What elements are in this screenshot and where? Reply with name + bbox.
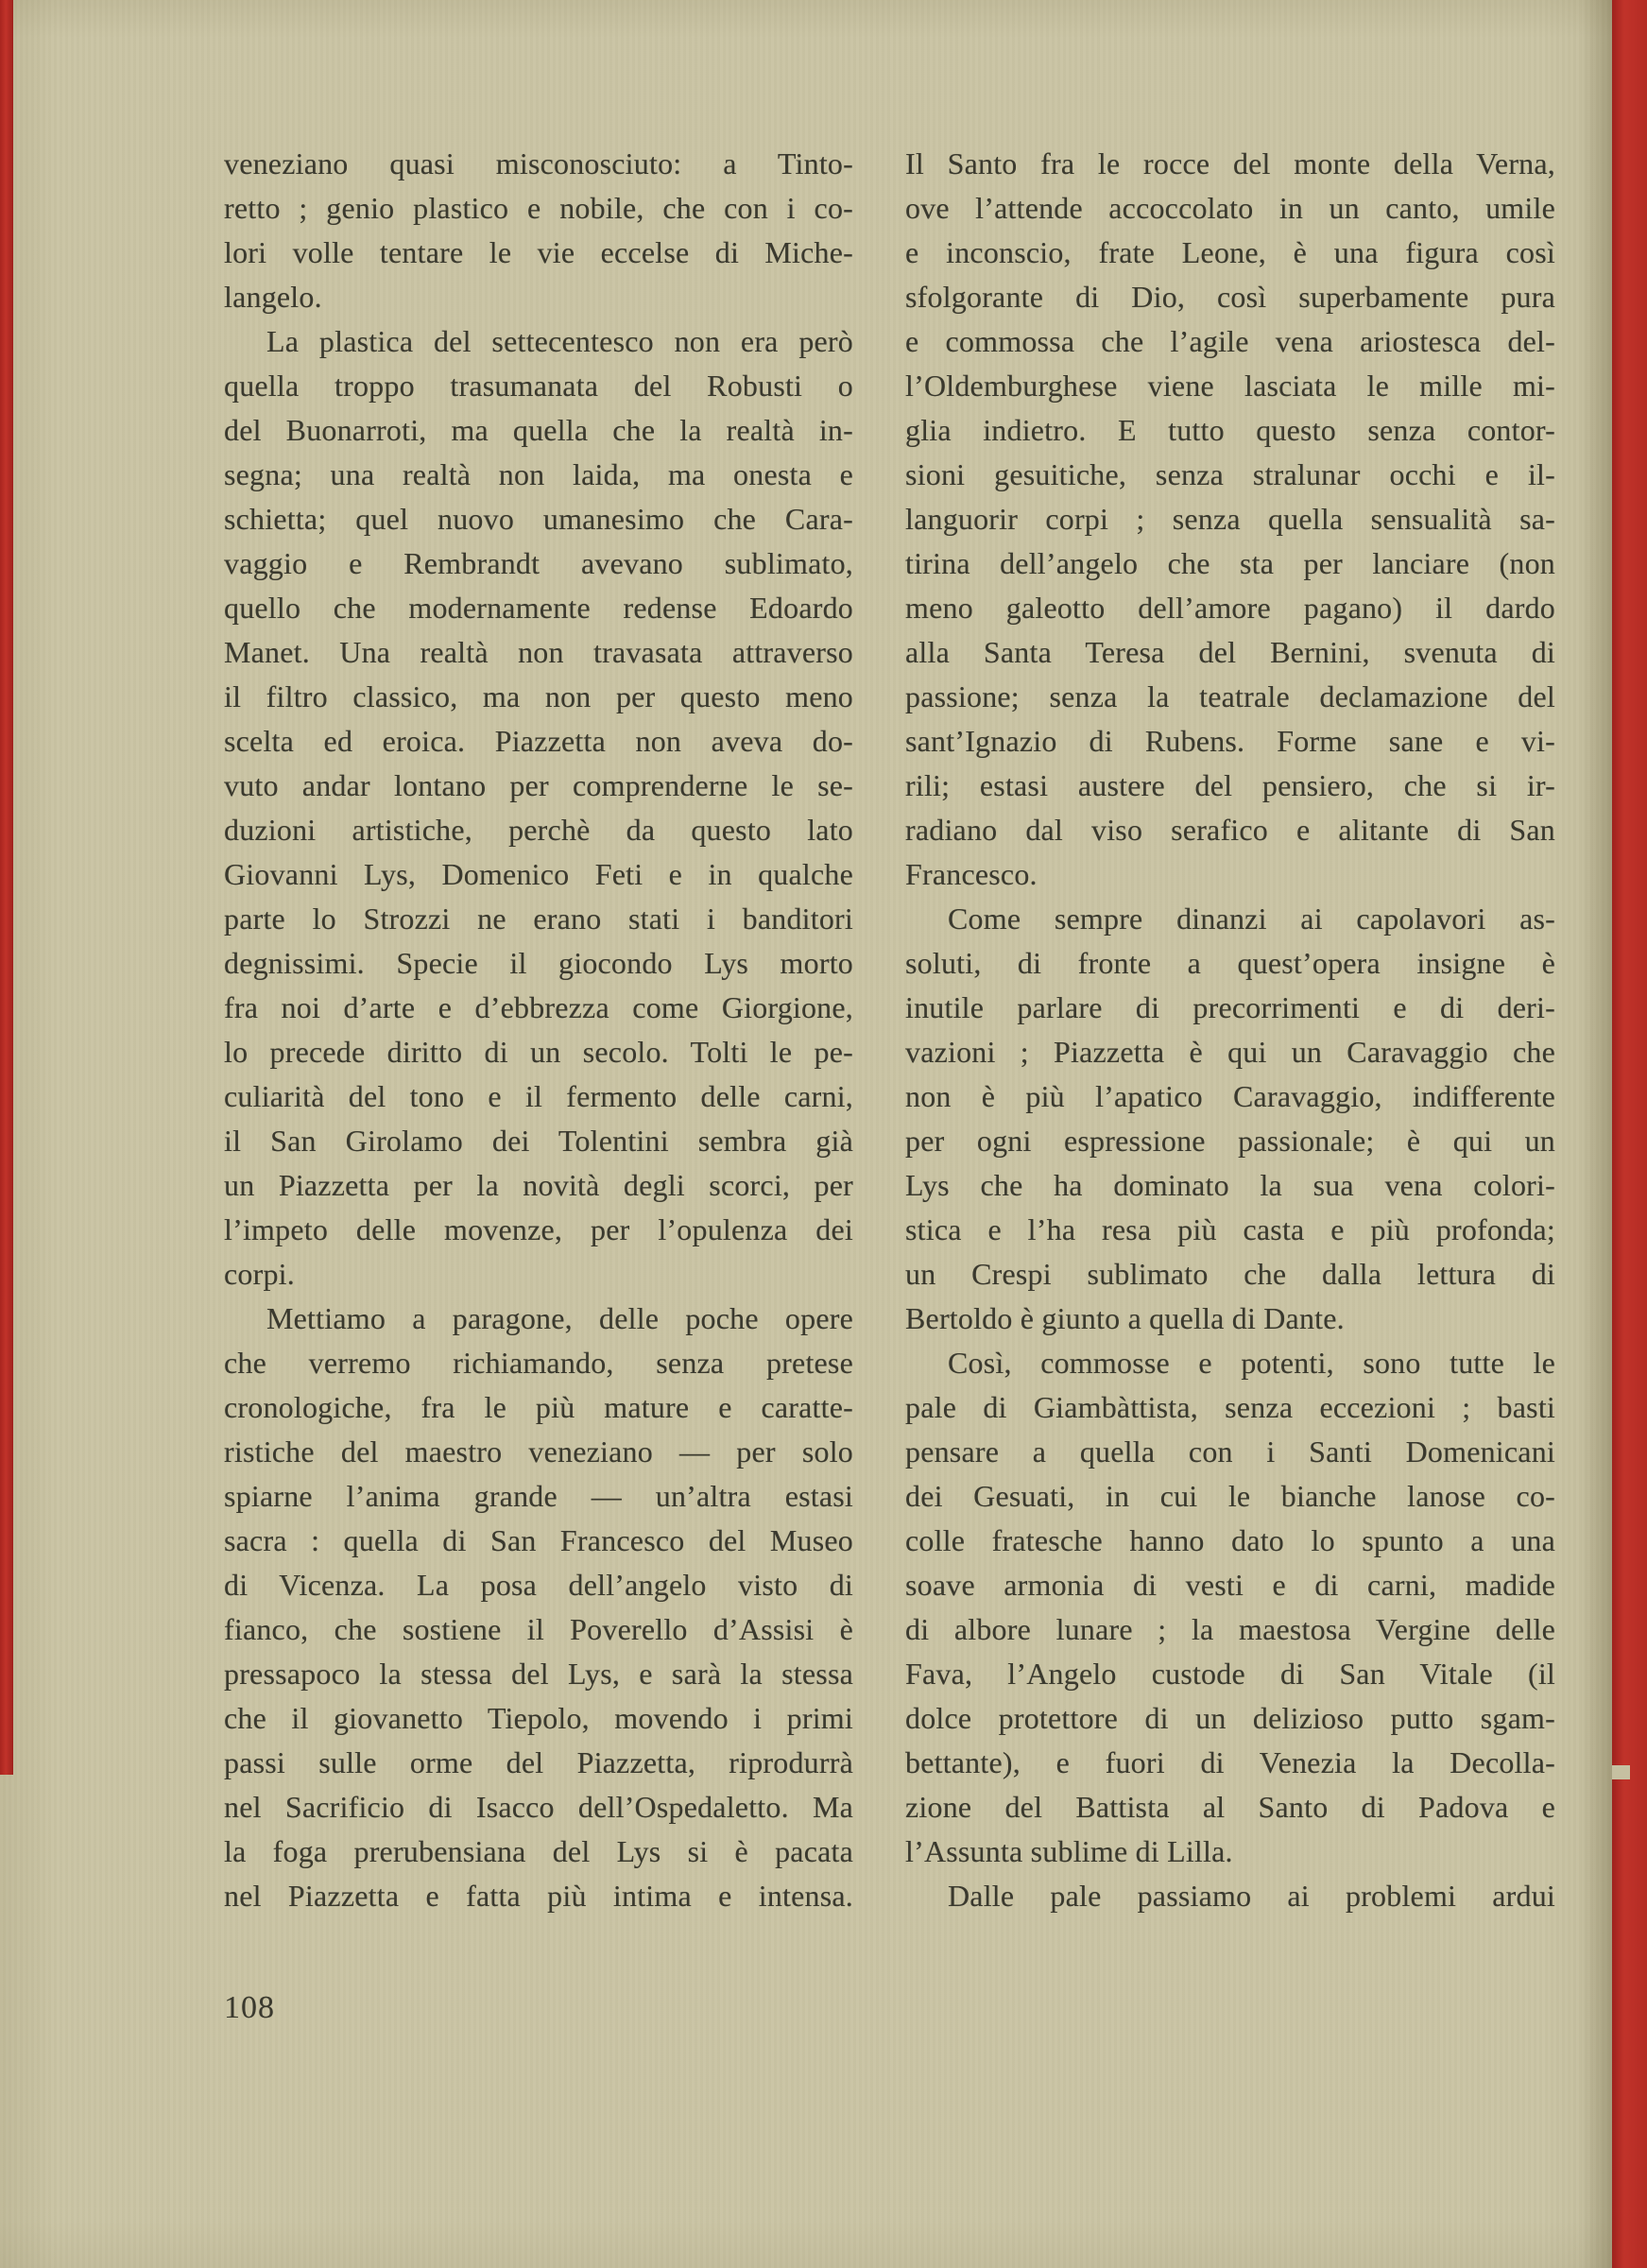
text-line: languorir corpi ; senza quella sensualit… [905, 497, 1555, 541]
text-line: nel Sacrificio di Isacco dell’Ospedalett… [224, 1785, 853, 1830]
text-line: langelo. [224, 275, 853, 319]
text-line: Mettiamo a paragone, delle poche opere [224, 1297, 853, 1341]
text-line: alla Santa Teresa del Bernini, svenuta d… [905, 630, 1555, 675]
text-line: cronologiche, fra le più mature e caratt… [224, 1385, 853, 1430]
text-line: vuto andar lontano per comprenderne le s… [224, 764, 853, 808]
text-line: la foga prerubensiana del Lys si è pacat… [224, 1830, 853, 1874]
text-line: di Vicenza. La posa dell’angelo visto di [224, 1563, 853, 1607]
text-line: il San Girolamo dei Tolentini sembra già [224, 1119, 853, 1163]
text-line: La plastica del settecentesco non era pe… [224, 319, 853, 364]
text-line: colle fratesche hanno dato lo spunto a u… [905, 1519, 1555, 1563]
text-line: culiarità del tono e il fermento delle c… [224, 1074, 853, 1119]
text-line: dei Gesuati, in cui le bianche lanose co… [905, 1474, 1555, 1519]
text-line: radiano dal viso serafico e alitante di … [905, 808, 1555, 852]
text-line: stica e l’ha resa più casta e più profon… [905, 1208, 1555, 1252]
text-line: dolce protettore di un delizioso putto s… [905, 1696, 1555, 1741]
text-line: vaggio e Rembrandt avevano sublimato, [224, 541, 853, 586]
text-line: l’impeto delle movenze, per l’opulenza d… [224, 1208, 853, 1252]
text-line: corpi. [224, 1252, 853, 1297]
text-line: pensare a quella con i Santi Domenicani [905, 1430, 1555, 1474]
text-line: segna; una realtà non laida, ma onesta e [224, 453, 853, 497]
text-line: retto ; genio plastico e nobile, che con… [224, 186, 853, 231]
text-line: glia indietro. E tutto questo senza cont… [905, 408, 1555, 453]
text-line: sacra : quella di San Francesco del Muse… [224, 1519, 853, 1563]
text-line: del Buonarroti, ma quella che la realtà … [224, 408, 853, 453]
text-line: scelta ed eroica. Piazzetta non aveva do… [224, 719, 853, 764]
text-line: non è più l’apatico Caravaggio, indiffer… [905, 1074, 1555, 1119]
text-line: meno galeotto dell’amore pagano) il dard… [905, 586, 1555, 630]
page-edge-shadow [1580, 0, 1612, 2268]
text-line: Bertoldo è giunto a quella di Dante. [905, 1297, 1555, 1341]
text-line: schietta; quel nuovo umanesimo che Cara- [224, 497, 853, 541]
text-line: Dalle pale passiamo ai problemi ardui [905, 1874, 1555, 1918]
text-line: passione; senza la teatrale declamazione… [905, 675, 1555, 719]
text-line: e inconscio, frate Leone, è una figura c… [905, 231, 1555, 275]
text-line: sioni gesuitiche, senza stralunar occhi … [905, 453, 1555, 497]
text-line: sant’Ignazio di Rubens. Forme sane e vi- [905, 719, 1555, 764]
text-line: un Piazzetta per la novità degli scorci,… [224, 1163, 853, 1208]
text-line: vazioni ; Piazzetta è qui un Caravaggio … [905, 1030, 1555, 1074]
text-line: ove l’attende accoccolato in un canto, u… [905, 186, 1555, 231]
text-line: l’Assunta sublime di Lilla. [905, 1830, 1555, 1874]
text-line: pressapoco la stessa del Lys, e sarà la … [224, 1652, 853, 1696]
text-line: Come sempre dinanzi ai capolavori as- [905, 897, 1555, 941]
text-line: fra noi d’arte e d’ebbrezza come Giorgio… [224, 986, 853, 1030]
red-binding-edge-right [1612, 0, 1647, 2268]
text-line: duzioni artistiche, perchè da questo lat… [224, 808, 853, 852]
text-line: l’Oldemburghese viene lasciata le mille … [905, 364, 1555, 408]
book-page: veneziano quasi misconosciuto: a Tinto-r… [0, 0, 1647, 2268]
text-line: il filtro classico, ma non per questo me… [224, 675, 853, 719]
text-line: che il giovanetto Tiepolo, movendo i pri… [224, 1696, 853, 1741]
text-line: spiarne l’anima grande — un’altra estasi [224, 1474, 853, 1519]
text-line: quello che modernamente redense Edoardo [224, 586, 853, 630]
text-line: Manet. Una realtà non travasata attraver… [224, 630, 853, 675]
text-line: lo precede diritto di un secolo. Tolti l… [224, 1030, 853, 1074]
text-line: zione del Battista al Santo di Padova e [905, 1785, 1555, 1830]
text-line: e commossa che l’agile vena ariostesca d… [905, 319, 1555, 364]
red-binding-edge-left [0, 0, 13, 1775]
text-line: parte lo Strozzi ne erano stati i bandit… [224, 897, 853, 941]
text-column-left: veneziano quasi misconosciuto: a Tinto-r… [224, 142, 853, 1918]
text-line: Il Santo fra le rocce del monte della Ve… [905, 142, 1555, 186]
text-line: un Crespi sublimato che dalla lettura di [905, 1252, 1555, 1297]
text-line: veneziano quasi misconosciuto: a Tinto- [224, 142, 853, 186]
text-line: Così, commosse e potenti, sono tutte le [905, 1341, 1555, 1385]
text-line: soluti, di fronte a quest’opera insigne … [905, 941, 1555, 986]
text-line: di albore lunare ; la maestosa Vergine d… [905, 1607, 1555, 1652]
red-edge-notch [1612, 1765, 1630, 1779]
text-line: che verremo richiamando, senza pretese [224, 1341, 853, 1385]
text-line: ristiche del maestro veneziano — per sol… [224, 1430, 853, 1474]
text-line: bettante), e fuori di Venezia la Decolla… [905, 1741, 1555, 1785]
text-line: fianco, che sostiene il Poverello d’Assi… [224, 1607, 853, 1652]
text-line: quella troppo trasumanata del Robusti o [224, 364, 853, 408]
text-line: Giovanni Lys, Domenico Feti e in qualche [224, 852, 853, 897]
text-line: degnissimi. Specie il giocondo Lys morto [224, 941, 853, 986]
text-line: Lys che ha dominato la sua vena colori- [905, 1163, 1555, 1208]
text-line: inutile parlare di precorrimenti e di de… [905, 986, 1555, 1030]
text-line: Fava, l’Angelo custode di San Vitale (il [905, 1652, 1555, 1696]
text-column-right: Il Santo fra le rocce del monte della Ve… [905, 142, 1555, 1918]
text-line: rili; estasi austere del pensiero, che s… [905, 764, 1555, 808]
text-line: sfolgorante di Dio, così superbamente pu… [905, 275, 1555, 319]
text-line: lori volle tentare le vie eccelse di Mic… [224, 231, 853, 275]
text-line: passi sulle orme del Piazzetta, riprodur… [224, 1741, 853, 1785]
text-line: nel Piazzetta e fatta più intima e inten… [224, 1874, 853, 1918]
text-line: per ogni espressione passionale; è qui u… [905, 1119, 1555, 1163]
text-line: tirina dell’angelo che sta per lanciare … [905, 541, 1555, 586]
text-line: Francesco. [905, 852, 1555, 897]
text-line: pale di Giambàttista, senza eccezioni ; … [905, 1385, 1555, 1430]
text-line: soave armonia di vesti e di carni, madid… [905, 1563, 1555, 1607]
page-number: 108 [224, 1990, 275, 2026]
